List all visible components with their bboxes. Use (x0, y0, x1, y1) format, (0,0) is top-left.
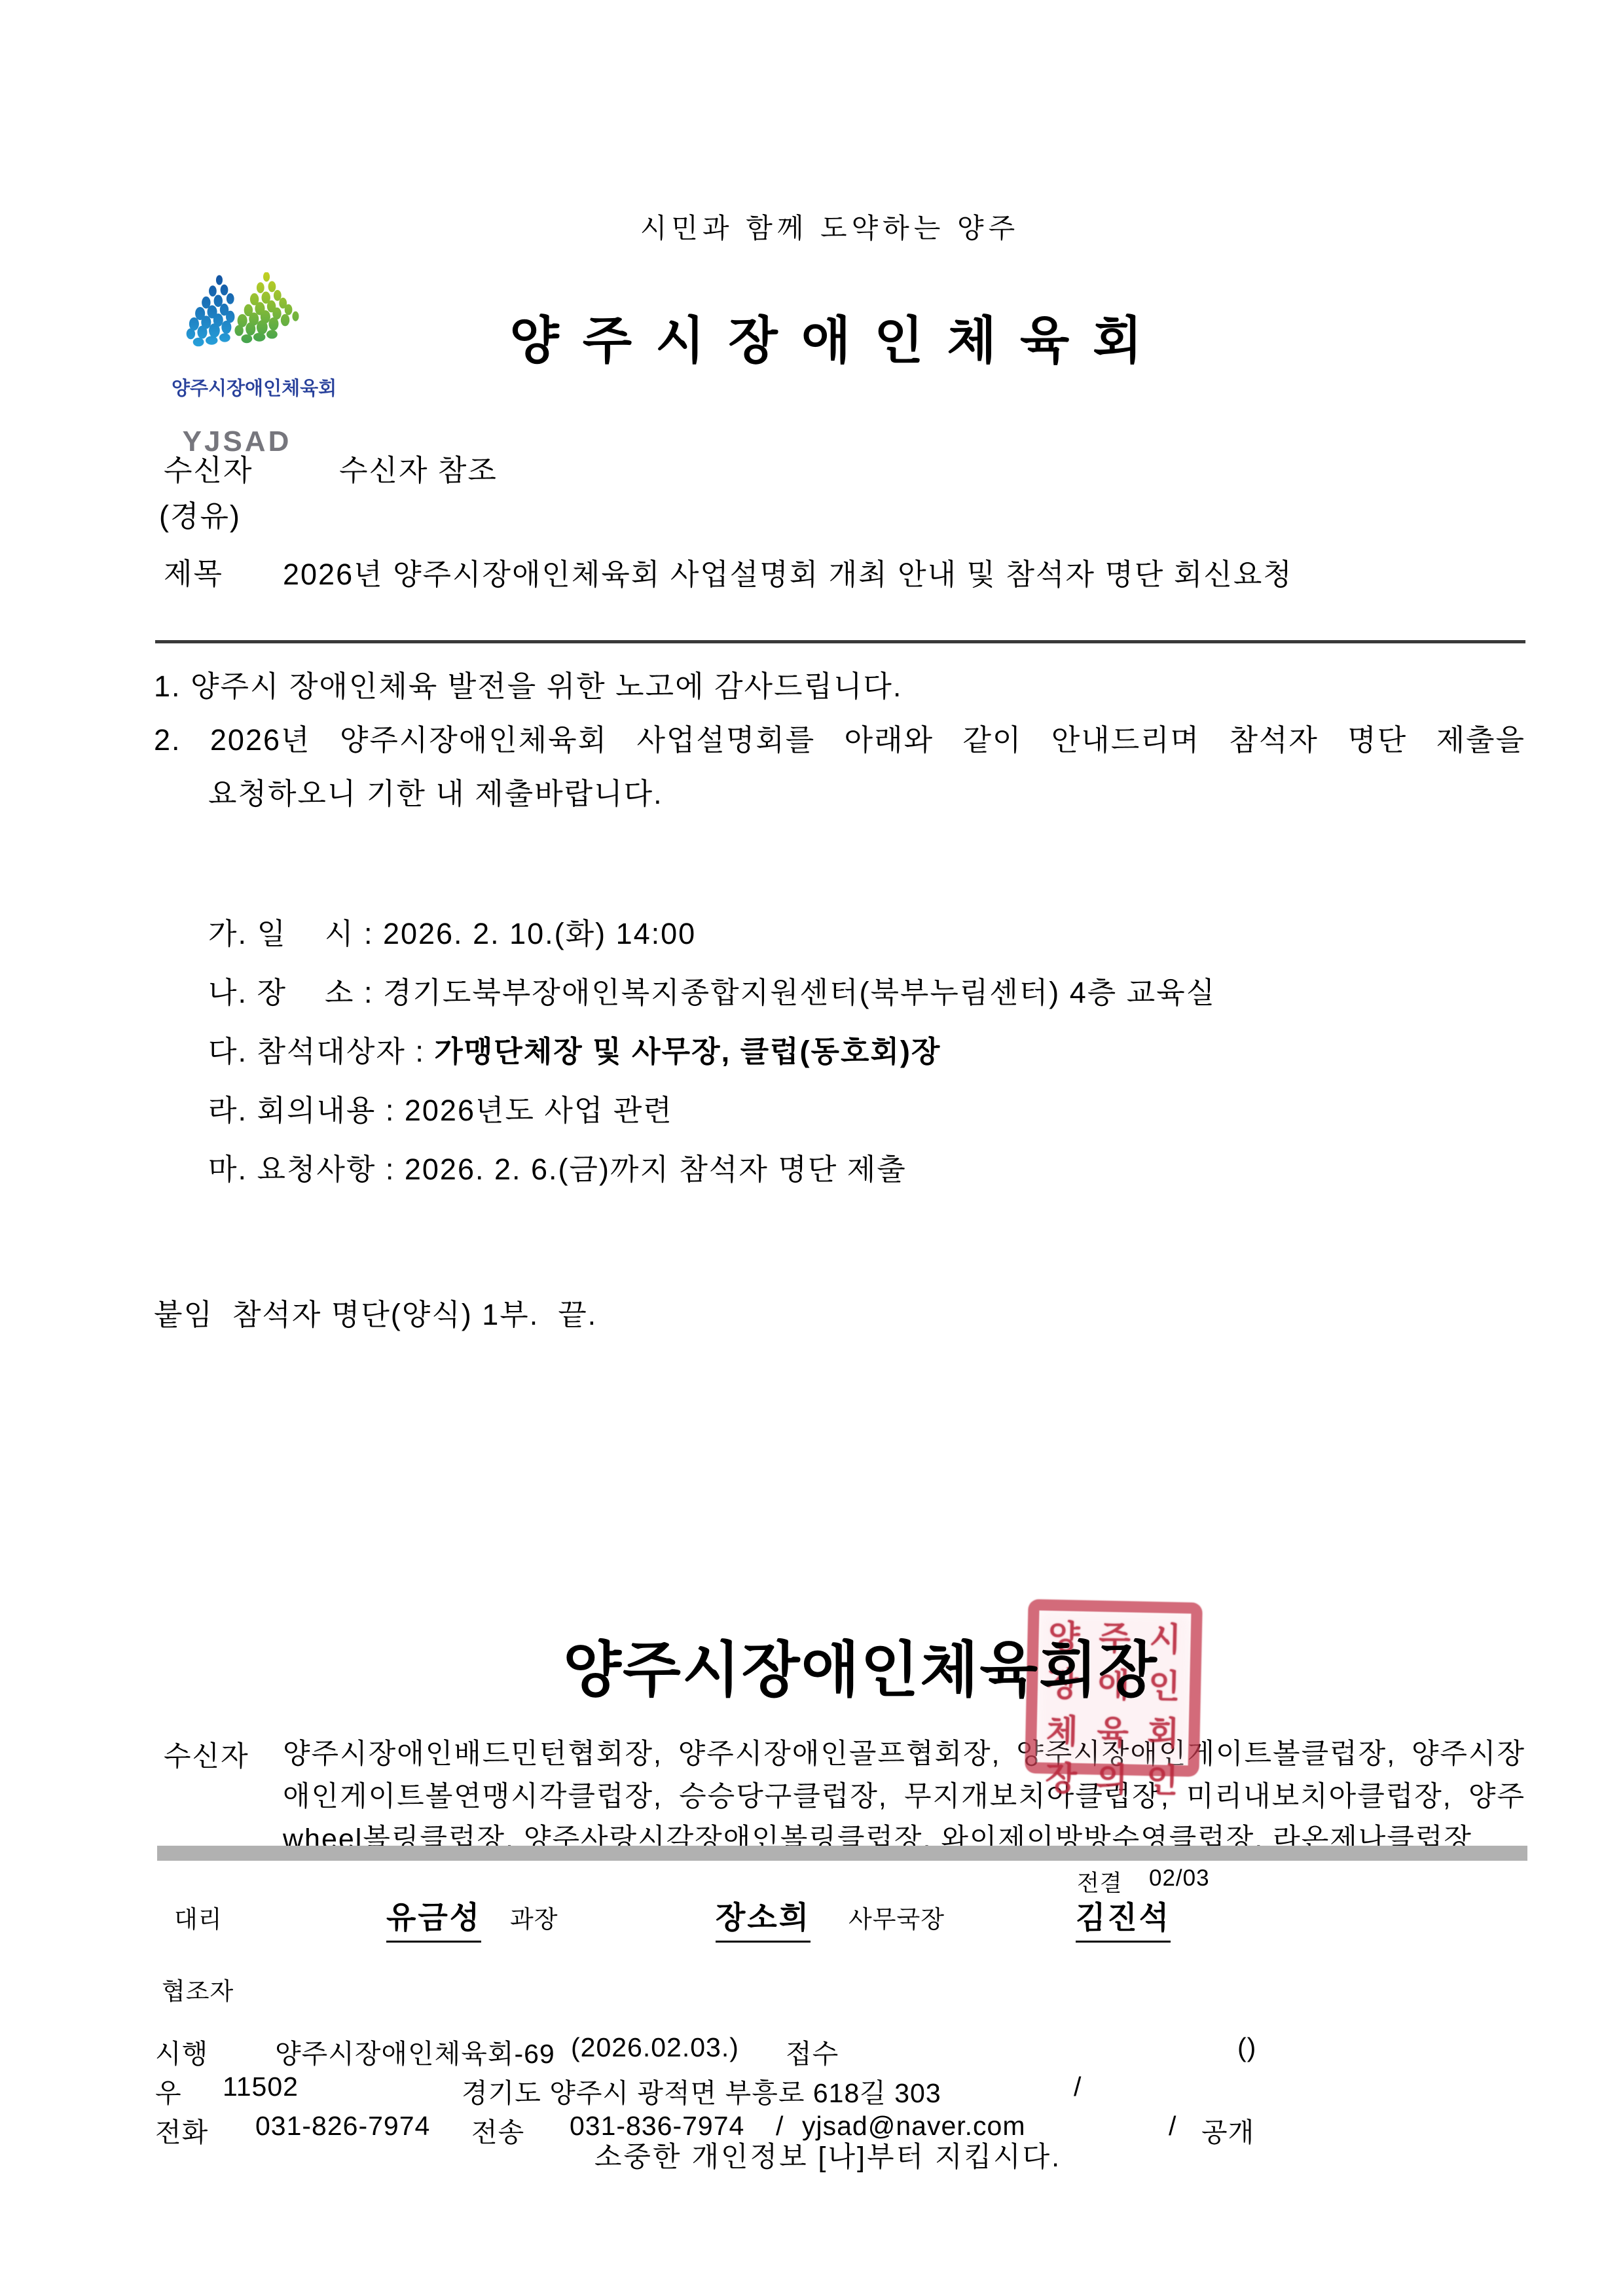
detail-item-label: 라. 회의내용 (208, 1094, 376, 1127)
seal-char: 육 (1087, 1706, 1139, 1754)
detail-item-request: 마. 요청사항 : 2026. 2. 6.(금)까지 참석자 명단 제출 (208, 1145, 907, 1188)
detail-item-venue: 나. 장 소 : 경기도북부장애인복지종합지원센터(북부누림센터) 4층 교육실 (208, 969, 1216, 1011)
attachment-line: 붙임 참석자 명단(양식) 1부. 끝. (154, 1291, 597, 1333)
signer-role: 사무국장 (848, 1899, 945, 1935)
issue-date: (2026.02.03.) (571, 2032, 739, 2063)
privacy-slogan: 소중한 개인정보 [나]부터 지킵시다. (16, 2135, 1623, 2175)
signer-role: 과장 (510, 1899, 558, 1935)
seal-char: 회 (1138, 1707, 1190, 1755)
detail-item-datetime: 가. 일 시 : 2026. 2. 10.(화) 14:00 (208, 910, 696, 952)
detail-item-attendees: 다. 참석대상자 : 가맹단체장 및 사무장, 클럽(동호회)장 (208, 1028, 941, 1070)
detail-item-label: 다. 참석대상자 (208, 1035, 406, 1068)
document-number: 양주시장애인체육회-69 (275, 2032, 555, 2071)
detail-item-label: 마. 요청사항 (208, 1153, 376, 1186)
subject-label: 제목 (164, 550, 223, 592)
detail-item-separator: : (354, 917, 383, 950)
receipt-value: () (1237, 2032, 1256, 2063)
recipient-value: 수신자 참조 (339, 446, 498, 489)
subject-divider-rule (155, 640, 1525, 643)
receipt-label: 접수 (786, 2032, 839, 2071)
seal-char: 체 (1036, 1705, 1088, 1753)
address: 경기도 양주시 광적면 부흥로 618길 303 (462, 2072, 941, 2110)
closing-signature-title: 양주시장애인체육회장 (49, 1622, 1623, 1708)
delegated-approval-date: 02/03 (1149, 1865, 1210, 1892)
body-paragraph-2-line-1: 2. 2026년 양주시장애인체육회 사업설명회를 아래와 같이 안내드리며 참… (154, 716, 1525, 759)
detail-item-agenda: 라. 회의내용 : 2026년도 사업 관련 (208, 1086, 673, 1129)
signer-role: 대리 (174, 1899, 222, 1935)
detail-item-value: 2026년도 사업 관련 (405, 1094, 673, 1127)
seal-char: 인 (1137, 1754, 1188, 1803)
detail-item-value: 경기도북부장애인복지종합지원센터(북부누림센터) 4층 교육실 (383, 976, 1216, 1009)
signer-name: 김진석 (1076, 1893, 1171, 1943)
recipient-label: 수신자 (164, 446, 253, 489)
via-label: (경유) (159, 492, 241, 535)
detail-item-value: 2026. 2. 10.(화) 14:00 (383, 917, 696, 950)
zip-code: 11502 (223, 2072, 299, 2102)
detail-item-separator: : (354, 976, 383, 1009)
seal-char: 장 (1035, 1752, 1087, 1801)
seal-char: 의 (1086, 1753, 1138, 1801)
detail-item-separator: : (376, 1153, 405, 1186)
detail-item-separator: : (406, 1035, 435, 1068)
address-slash: / (1074, 2072, 1082, 2102)
official-document-page: 시민과 함께 도약하는 양주 (0, 0, 1623, 2296)
zip-label: 우 (155, 2072, 182, 2110)
detail-item-label: 나. 장 소 (208, 976, 354, 1009)
subject-text: 2026년 양주시장애인체육회 사업설명회 개최 안내 및 참석자 명단 회신요… (283, 550, 1525, 600)
detail-item-label: 가. 일 시 (208, 917, 354, 950)
detail-item-value: 2026. 2. 6.(금)까지 참석자 명단 제출 (405, 1153, 907, 1186)
city-slogan: 시민과 함께 도약하는 양주 (18, 207, 1623, 246)
signer-name: 유금성 (386, 1893, 481, 1943)
recipients-list-text: 양주시장애인배드민턴협회장, 양주시장애인골프협회장, 양주시장애인게이트볼클럽… (283, 1733, 1525, 1861)
cooperator-label: 협조자 (162, 1971, 234, 2007)
detail-item-value: 가맹단체장 및 사무장, 클럽(동호회)장 (434, 1035, 941, 1068)
body-paragraph-1: 1. 양주시 장애인체육 발전을 위한 노고에 감사드립니다. (154, 662, 902, 705)
document-org-title: 양주시장애인체육회 (26, 300, 1623, 373)
detail-item-separator: : (376, 1094, 405, 1127)
recipients-list-label: 수신자 (164, 1734, 249, 1774)
issue-label: 시행 (155, 2032, 208, 2071)
approval-divider-bar (157, 1846, 1527, 1861)
signer-name: 장소희 (716, 1893, 811, 1943)
logo-org-name: 양주시장애인체육회 (172, 374, 302, 401)
body-paragraph-2-line-2: 요청하오니 기한 내 제출바랍니다. (208, 770, 663, 812)
